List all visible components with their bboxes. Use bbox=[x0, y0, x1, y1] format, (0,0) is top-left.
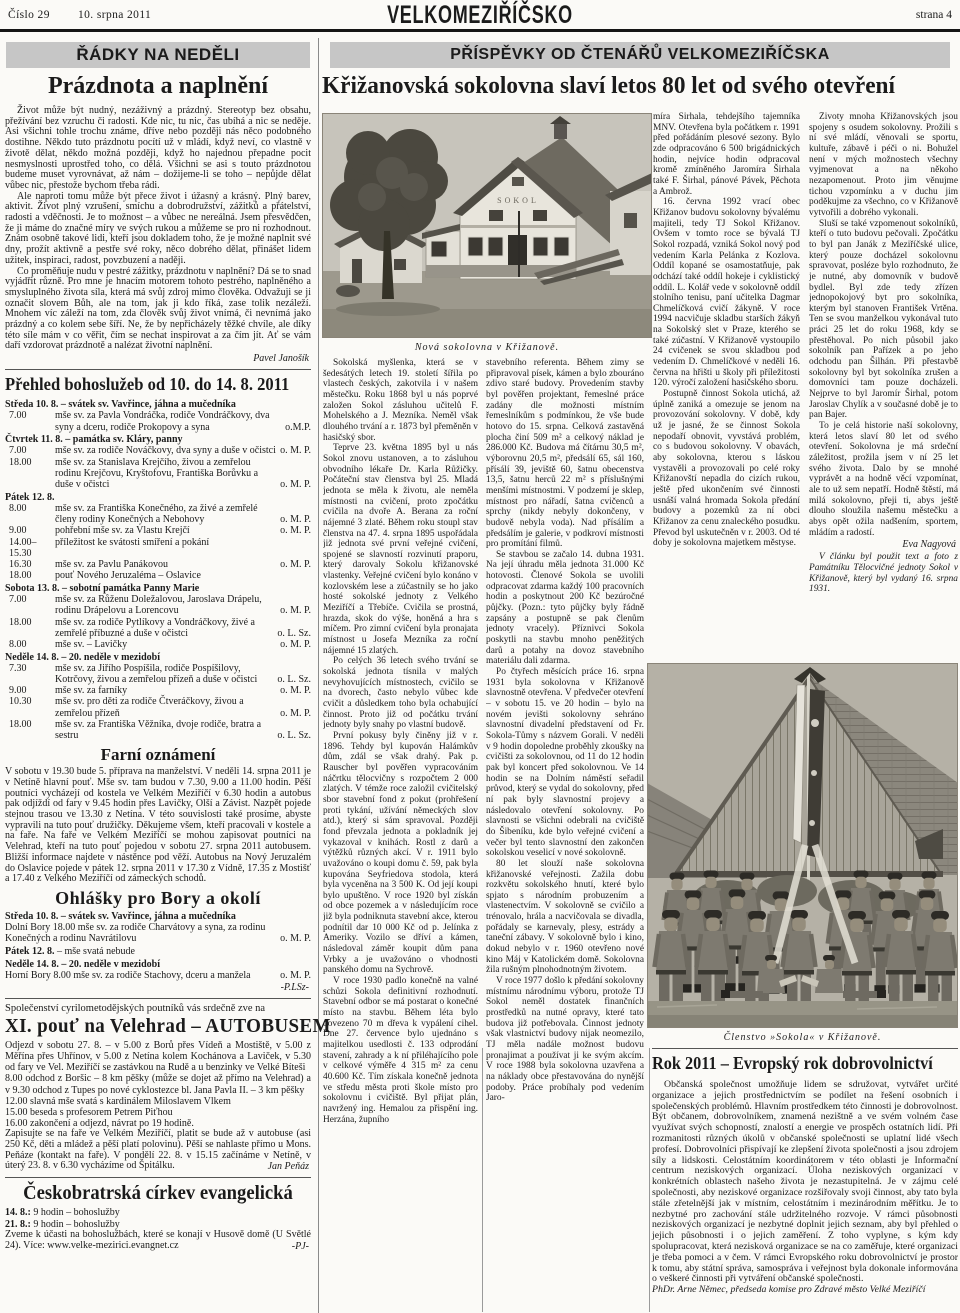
photo-sokol-members bbox=[647, 663, 958, 1028]
readers-contributions-section: PŘÍSPĚVKY OD ČTENÁŘŮ VELKOMEZIŘÍČSKA Kři… bbox=[322, 34, 958, 1313]
section-header-prispevky: PŘÍSPĚVKY OD ČTENÁŘŮ VELKOMEZIŘÍČSKA bbox=[330, 42, 950, 68]
schedule-entry: 18.00mše sv. za Františka Věžníka, dvoje… bbox=[5, 719, 311, 741]
ohlasky-day: Neděle 14. 8. – 20. neděle v mezidobí bbox=[5, 959, 311, 970]
pout-program-line: 8.00 odchod z Boršic – 8 km pěšky (může … bbox=[5, 1073, 311, 1095]
column-rule bbox=[482, 1048, 483, 1312]
schedule-entry: 7.00mše sv. za Pavla Vondráčka, rodiče V… bbox=[5, 410, 311, 432]
pout-program-line: 12.00 slavná mše svatá s kardinálem Milo… bbox=[5, 1096, 311, 1107]
rok-2011-title: Rok 2011 – Evropský rok dobrovolnictví bbox=[652, 1053, 933, 1074]
article-column-3: míra Širhala, tehdejšího tajemníka MNV. … bbox=[653, 112, 800, 660]
sokol-sign-on-gable: SOKOL bbox=[497, 196, 539, 205]
rok-2011-article: Občanská společnost umožňuje lidem se sd… bbox=[652, 1080, 958, 1296]
rule bbox=[5, 1177, 311, 1178]
farni-oznameni-title: Farní oznámení bbox=[5, 745, 311, 765]
article-paragraph: Život může být nudný, nezáživný a prázdn… bbox=[5, 106, 311, 192]
rule bbox=[652, 1048, 958, 1049]
ohlasky-entry: Horní Bory 8.00 mše sv. za rodiče Stacho… bbox=[5, 970, 311, 981]
ohlasky-signature: -P.LSz- bbox=[5, 982, 309, 993]
schedule-entry: 18.00mše sv. za Stanislava Krejčího, živ… bbox=[5, 457, 311, 491]
schedule-day: Sobota 13. 8. – sobotní památka Panny Ma… bbox=[5, 583, 311, 594]
page-number: strana 4 bbox=[916, 9, 952, 21]
schedule-day: Čtvrtek 11. 8. – památka sv. Kláry, pann… bbox=[5, 434, 311, 445]
article-column-1: Sokolská myšlenka, která se v šedesátých… bbox=[323, 358, 478, 1311]
schedule-entry: 10.30mše sv. pro děti za rodiče Čtveráčk… bbox=[5, 696, 311, 718]
masthead-title: VELKOMEZIŘÍČSKO bbox=[134, 1, 825, 30]
issue-number: Číslo 29 bbox=[8, 9, 50, 21]
ohlasky-day: Pátek 12. 8. – mše svatá nebude bbox=[5, 946, 311, 957]
section-divider bbox=[318, 38, 319, 1313]
article-title-prazdnota: Prázdnota a naplnění bbox=[5, 73, 311, 100]
schedule-day: Středa 10. 8. – svátek sv. Vavřince, jáh… bbox=[5, 399, 311, 410]
article-paragraph: Co proměňuje nudu v pestré zážitky, práz… bbox=[5, 267, 311, 353]
ohlasky-day: Středa 10. 8. – svátek sv. Vavřince, jáh… bbox=[5, 911, 311, 922]
schedule-day: Neděle 14. 8. – 20. neděle v mezidobí bbox=[5, 652, 311, 663]
ohlasky-entry: Dolní Bory 18.00 mše sv. za rodiče Charv… bbox=[5, 922, 311, 944]
schedule-entry: 7.30mše sv. za Jiřího Pospíšila, rodiče … bbox=[5, 663, 311, 685]
schedule-entry: 18.00mše sv. za rodiče Pytlíkovy a Vondr… bbox=[5, 617, 311, 639]
evangelicka-title: Českobratrská církev evangelická bbox=[16, 1182, 301, 1205]
pout-intro: Společenství cyrilometodějských poutníků… bbox=[5, 1003, 311, 1015]
schedule-entry: 9.00pohřební mše sv. za Vlastu Krejčío. … bbox=[5, 525, 311, 536]
source-note: V článku byl použit text a foto z Památn… bbox=[809, 552, 958, 595]
article-paragraph: Ale naproti tomu může být přece život i … bbox=[5, 192, 311, 267]
schedule-entry: 7.00mše sv. za rodiče Nováčkovy, dva syn… bbox=[5, 445, 311, 456]
section-header-radky-na-nedeli: ŘÁDKY NA NEDĚLI bbox=[6, 42, 310, 68]
schedule-entry: 18.00pouť Nového Jeruzaléma – Oslavice bbox=[5, 570, 311, 581]
schedule-day: Pátek 12. 8. bbox=[5, 492, 311, 503]
schedule-entry: 14.00–15.30příležitost ke svátosti smíře… bbox=[5, 537, 311, 559]
left-column-section: ŘÁDKY NA NEDĚLI Prázdnota a naplnění Živ… bbox=[0, 34, 316, 1254]
schedule-entry: 8.00mše sv. za Františka Konečného, za ž… bbox=[5, 503, 311, 525]
schedule-title: Přehled bohoslužeb od 10. do 14. 8. 2011 bbox=[5, 374, 287, 395]
article-byline: Pavel Janošík bbox=[5, 353, 309, 364]
article-column-2: stavebního referenta. Během zimy se přip… bbox=[486, 358, 644, 1311]
pout-title: XI. pouť na Velehrad – AUTOBUSEM bbox=[5, 1015, 296, 1038]
rok-2011-byline: PhDr. Arne Němec, předseda komise pro Zd… bbox=[652, 1285, 958, 1296]
sokol-members-photo-illustration bbox=[647, 663, 958, 1028]
farni-oznameni-text: V sobotu v 19.30 bude 5. příprava na man… bbox=[5, 767, 311, 885]
article-column-4: Životy mnoha Křižanovských jsou spojeny … bbox=[809, 112, 958, 660]
mass-schedule: Středa 10. 8. – svátek sv. Vavřince, jáh… bbox=[5, 399, 311, 741]
photo1-caption: Nová sokolovna v Křižanově. bbox=[322, 342, 652, 353]
ohlasky-title: Ohlášky pro Bory a okolí bbox=[5, 888, 311, 909]
header-rule bbox=[0, 29, 960, 32]
article-byline-eva-nagyova: Eva Nagyová bbox=[809, 539, 956, 550]
schedule-entry: 7.00mše sv. za Růženu Doležalovou, Jaros… bbox=[5, 594, 311, 616]
pout-program-line: 15.00 beseda s profesorem Petrem Piťhou bbox=[5, 1107, 311, 1118]
rule bbox=[5, 998, 311, 999]
evangelicka-row: 14. 8.: 9 hodin – bohoslužby bbox=[5, 1207, 311, 1219]
photo2-caption: Členstvo »Sokola« v Křižanově. bbox=[647, 1032, 958, 1043]
photo-sokolovna-building: SOKOL bbox=[322, 113, 652, 338]
pout-text: Odjezd v sobotu 27. 8. – v 5.00 z Borů p… bbox=[5, 1041, 311, 1073]
column-rule bbox=[649, 1048, 650, 1312]
schedule-entry: 16.30mše sv. za Pavlu Panákovouo. M. P. bbox=[5, 559, 311, 570]
schedule-entry: 8.00mše sv. – Lavičkyo. M. P. bbox=[5, 639, 311, 650]
sokolovna-photo-illustration: SOKOL bbox=[322, 113, 652, 338]
rule bbox=[5, 369, 311, 370]
schedule-entry: 9.00mše sv. za farníkyo. M. P. bbox=[5, 685, 311, 696]
main-headline: Křižanovská sokolovna slaví letos 80 let… bbox=[322, 73, 939, 100]
